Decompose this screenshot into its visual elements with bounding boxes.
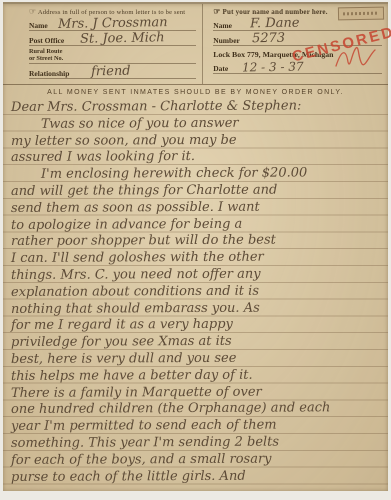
scanned-letter-page: { "icons": { "pointing_hand": "☞" }, "he… <box>0 0 391 500</box>
relationship-field: Relationship friend <box>29 65 196 79</box>
letter-line: explanation about conditions and it is <box>11 283 382 302</box>
date-label: Date <box>213 65 228 74</box>
letter-line: purse to each of the little girls. And <box>11 468 382 487</box>
sender-section: ☞ Put your name and number here. Name F.… <box>203 4 388 84</box>
letter-line: send them as soon as possible. I want <box>11 199 382 218</box>
letter-body: Dear Mrs. Crossman - Charlotte & Stephen… <box>3 98 388 491</box>
rural-route-label-line2: or Street No. <box>29 55 63 62</box>
letter-paper: ☞ Address in full of person to whom lett… <box>3 2 388 491</box>
sender-name-label: Name <box>213 22 232 31</box>
letter-line: I'm enclosing herewith check for $20.00 <box>11 165 382 184</box>
sender-instruction-text: Put your name and number here. <box>223 8 328 16</box>
letter-line: something. This year I'm sending 2 belts <box>11 434 382 453</box>
letter-line: and will get the things for Charlotte an… <box>11 182 382 201</box>
post-office-field: Post Office St. Joe. Mich <box>29 32 196 46</box>
letter-line: this helps me have a better day of it. <box>11 367 382 386</box>
letter-line: priviledge for you see Xmas at its <box>11 333 382 352</box>
recipient-name-field: Name Mrs. J Crossman <box>29 17 196 31</box>
money-order-banner: ALL MONEY SENT INMATES SHOULD BE BY MONE… <box>3 85 388 98</box>
letter-line: one hundred children (the Orphanage) and… <box>11 400 382 419</box>
sender-number-label: Number <box>213 37 240 46</box>
censor-initials-signature <box>332 44 378 70</box>
letter-line: things. Mrs. C. you need not offer any <box>11 266 382 285</box>
letter-line: for me I regard it as a very happy <box>11 316 382 335</box>
pointing-hand-icon: ☞ <box>213 7 220 16</box>
post-office-label: Post Office <box>29 37 64 46</box>
letter-line: best, here is very dull and you see <box>11 350 382 369</box>
rural-route-field: Rural Route or Street No. <box>29 47 196 64</box>
rural-route-label-line1: Rural Route <box>29 48 62 55</box>
letter-line: I can. I'll send goloshes with the other <box>11 249 382 268</box>
rural-route-label: Rural Route or Street No. <box>29 48 63 63</box>
sender-number-value: 5273 <box>252 31 285 47</box>
letter-line: year I'm permitted to send each of them <box>11 417 382 436</box>
sender-name-value: F. Dane <box>250 16 300 32</box>
letter-line: for each of the boys, and a small rosary <box>11 451 382 470</box>
relationship-value: friend <box>91 64 131 80</box>
recipient-name-label: Name <box>29 22 48 31</box>
pointing-hand-icon: ☞ <box>29 7 36 16</box>
post-office-value: St. Joe. Mich <box>80 30 165 46</box>
recipient-name-value: Mrs. J Crossman <box>58 15 168 32</box>
recipient-instruction: ☞ Address in full of person to whom lett… <box>29 7 196 16</box>
recipient-section: ☞ Address in full of person to whom lett… <box>3 4 203 84</box>
letter-line: Twas so nice of you to answer <box>11 115 382 134</box>
letter-line: Dear Mrs. Crossman - Charlotte & Stephen… <box>11 98 382 117</box>
relationship-label: Relationship <box>29 70 69 79</box>
form-header: ☞ Address in full of person to whom lett… <box>3 4 388 85</box>
sender-name-field: Name F. Dane <box>213 17 382 31</box>
